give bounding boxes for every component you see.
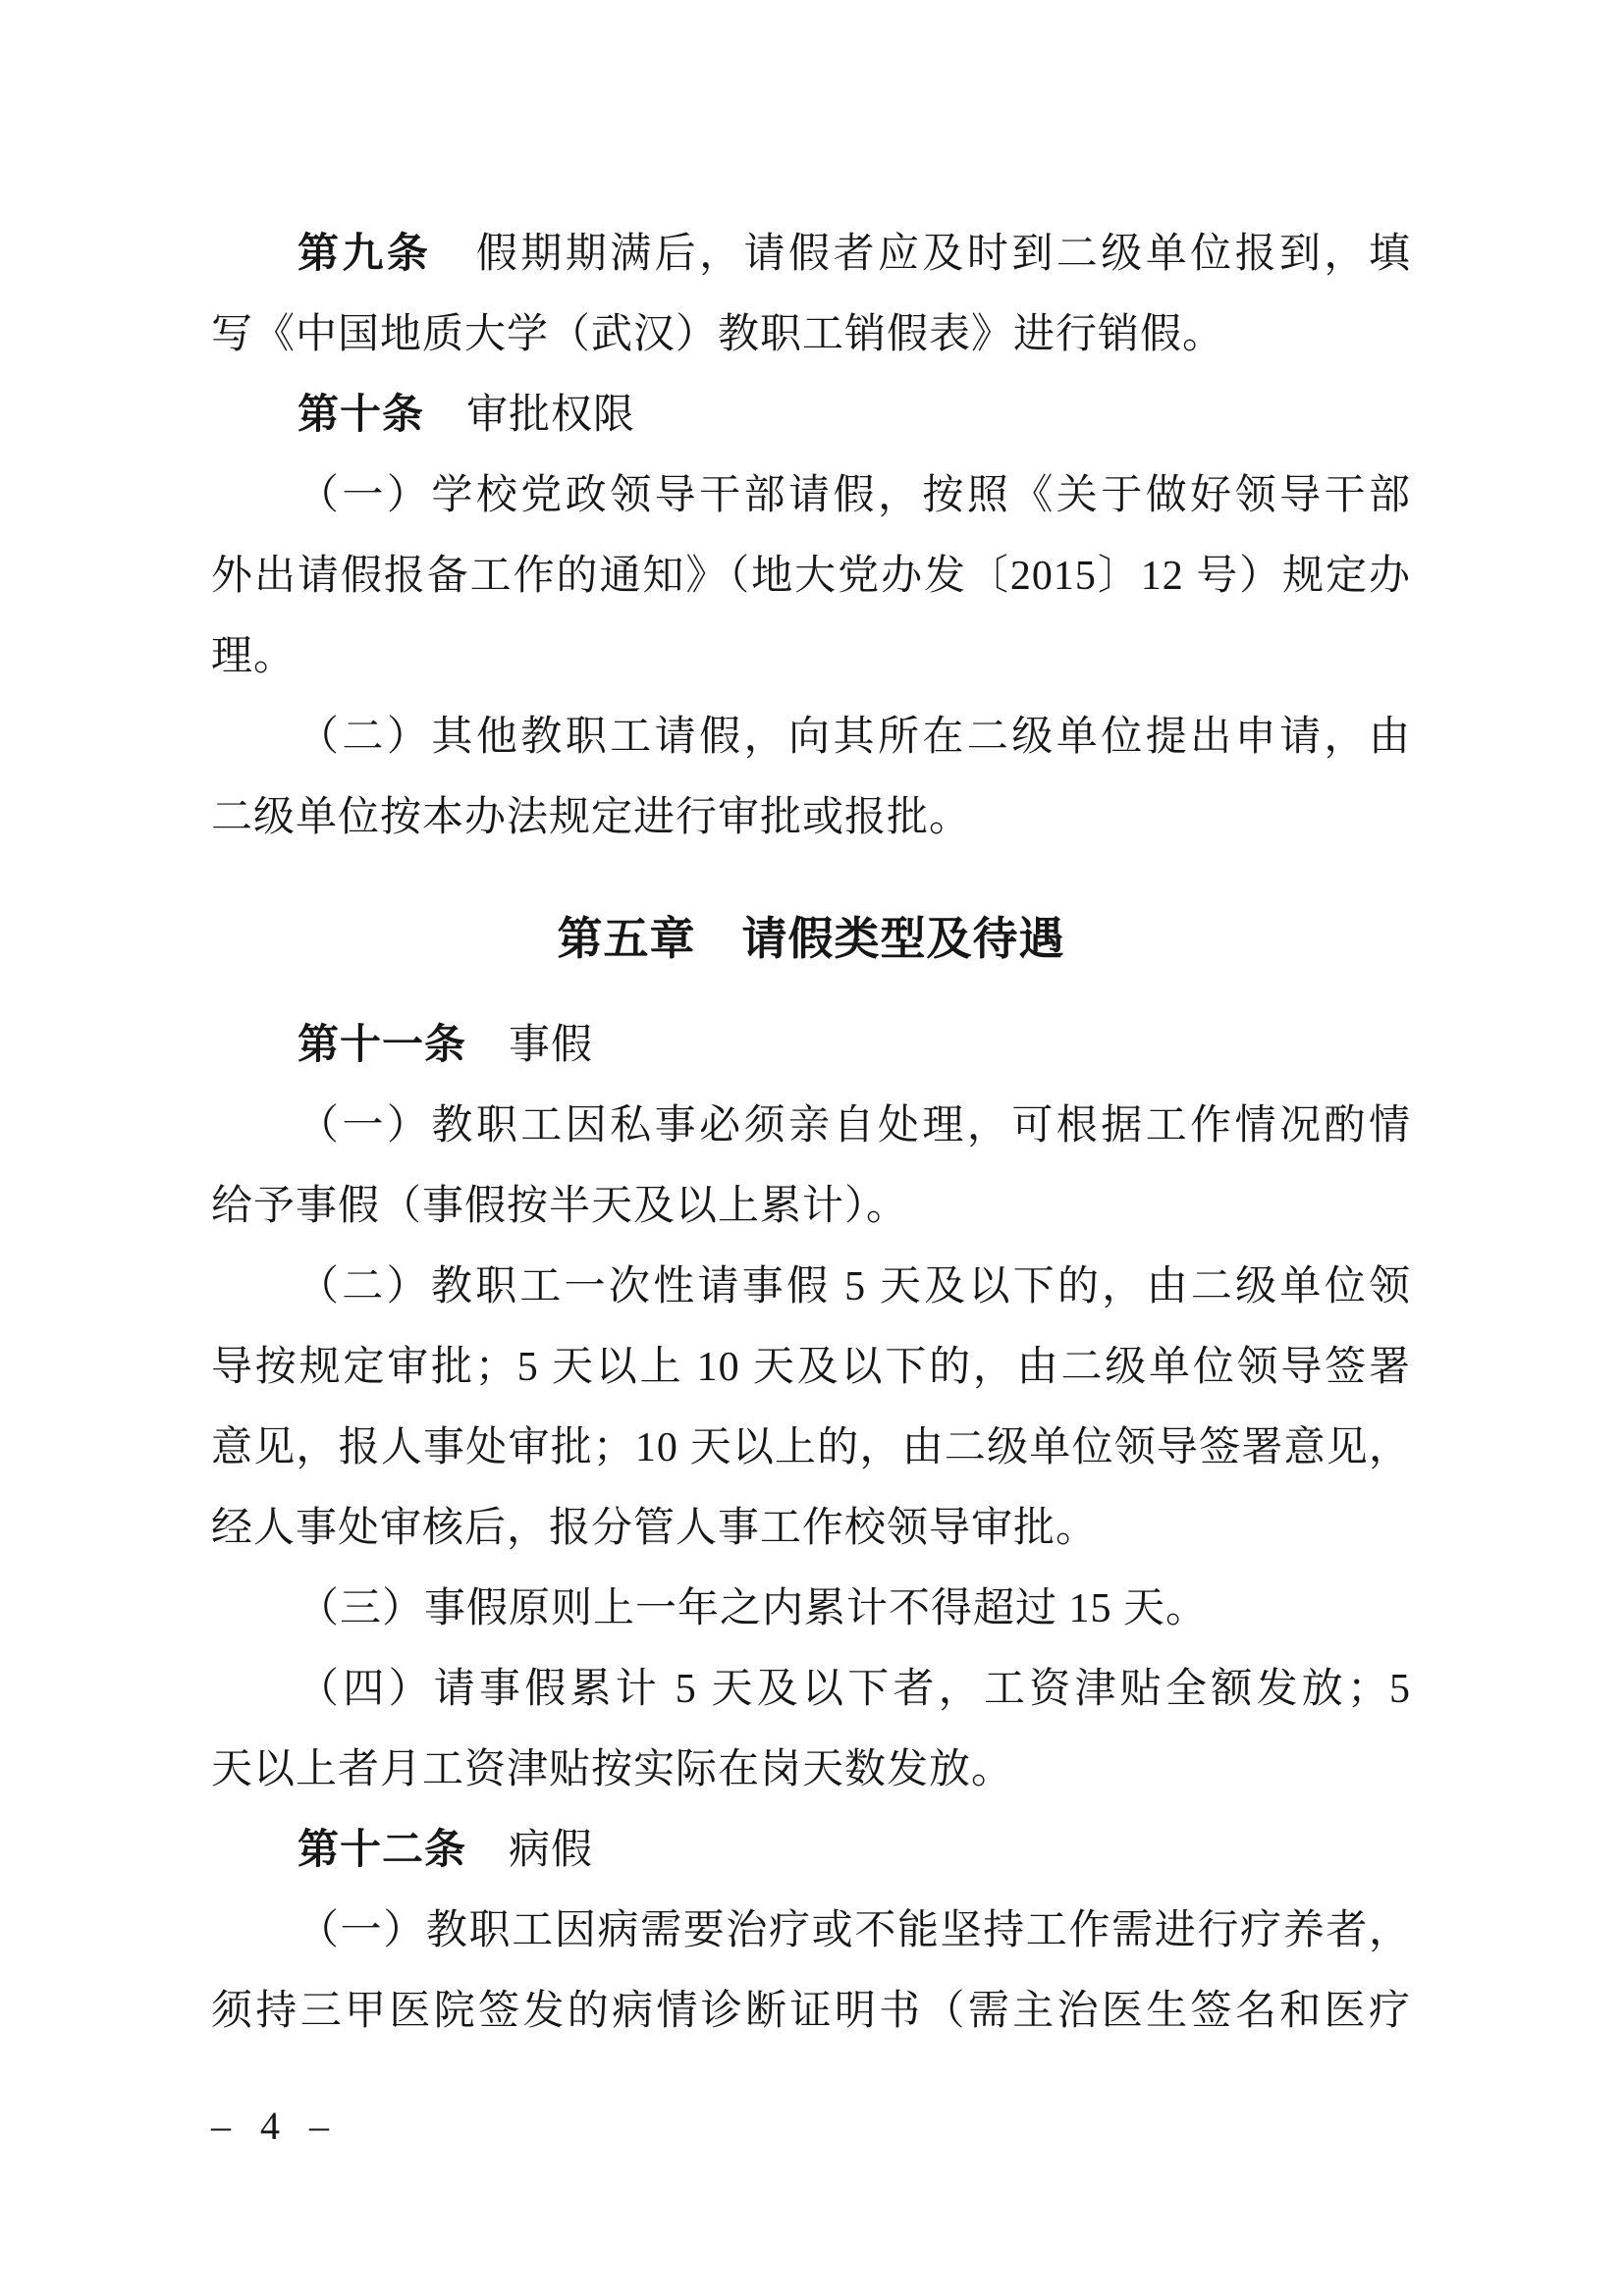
- article-number: 第十一条: [298, 1023, 466, 1068]
- line-text: 审批权限: [424, 393, 635, 438]
- doc-line: 理。: [211, 616, 1411, 697]
- line-text: （一）教职工因私事必须亲自处理，可根据工作情况酌情: [298, 1103, 1411, 1148]
- doc-line: （一）学校党政领导干部请假，按照《关于做好领导干部: [211, 455, 1411, 536]
- doc-line: 第十二条 病假: [211, 1810, 1411, 1891]
- line-text: 经人事处审核后，报分管人事工作校领导审批。: [211, 1506, 1098, 1551]
- line-text: （一）学校党政领导干部请假，按照《关于做好领导干部: [298, 473, 1411, 518]
- doc-line: （二）教职工一次性请事假 5 天及以下的，由二级单位领: [211, 1247, 1411, 1327]
- article-number: 第十条: [298, 393, 424, 438]
- line-text: 理。: [211, 634, 296, 679]
- line-text: 假期期满后，请假者应及时到二级单位报到，填: [431, 232, 1411, 277]
- doc-line: 第九条 假期期满后，请假者应及时到二级单位报到，填: [211, 214, 1411, 294]
- doc-line: 经人事处审核后，报分管人事工作校领导审批。: [211, 1488, 1411, 1569]
- line-text: （一）教职工因病需要治疗或不能坚持工作需进行疗养者，: [298, 1908, 1411, 1953]
- line-text: 外出请假报备工作的通知》（地大党办发〔2015〕12 号）规定办: [211, 554, 1411, 599]
- page-number: – 4 –: [211, 2104, 339, 2148]
- line-text: 导按规定审批；5 天以上 10 天及以下的，由二级单位领导签署: [211, 1345, 1411, 1390]
- doc-line: （一）教职工因病需要治疗或不能坚持工作需进行疗养者，: [211, 1891, 1411, 1971]
- line-text: 须持三甲医院签发的病情诊断证明书（需主治医生签名和医疗: [211, 1989, 1411, 2034]
- doc-line: 天以上者月工资津贴按实际在岗天数发放。: [211, 1730, 1411, 1810]
- doc-line: 须持三甲医院签发的病情诊断证明书（需主治医生签名和医疗: [211, 1971, 1411, 2052]
- doc-line: 给予事假（事假按半天及以上累计）。: [211, 1166, 1411, 1247]
- doc-line: 二级单位按本办法规定进行审批或报批。: [211, 777, 1411, 858]
- page-footer: – 4 –: [211, 2105, 1411, 2148]
- line-text: 意见，报人事处审批；10 天以上的，由二级单位领导签署意见，: [211, 1425, 1411, 1470]
- line-text: （二）其他教职工请假，向其所在二级单位提出申请，由: [298, 715, 1411, 760]
- doc-line: （三）事假原则上一年之内累计不得超过 15 天。: [211, 1569, 1411, 1649]
- doc-line: （一）教职工因私事必须亲自处理，可根据工作情况酌情: [211, 1086, 1411, 1166]
- doc-line: 意见，报人事处审批；10 天以上的，由二级单位领导签署意见，: [211, 1408, 1411, 1488]
- doc-line: 导按规定审批；5 天以上 10 天及以下的，由二级单位领导签署: [211, 1327, 1411, 1408]
- line-text: 写《中国地质大学（武汉）教职工销假表》进行销假。: [211, 312, 1224, 357]
- doc-line: 第十条 审批权限: [211, 375, 1411, 455]
- line-text: （二）教职工一次性请事假 5 天及以下的，由二级单位领: [298, 1264, 1411, 1309]
- doc-line: 第十一条 事假: [211, 1005, 1411, 1086]
- line-text: 二级单位按本办法规定进行审批或报批。: [211, 795, 971, 840]
- line-text: （三）事假原则上一年之内累计不得超过 15 天。: [298, 1586, 1208, 1631]
- chapter-heading-text: 第五章 请假类型及待遇: [558, 914, 1065, 964]
- doc-line: （四）请事假累计 5 天及以下者，工资津贴全额发放；5: [211, 1649, 1411, 1730]
- chapter-heading: 第五章 请假类型及待遇: [211, 899, 1411, 980]
- doc-line: （二）其他教职工请假，向其所在二级单位提出申请，由: [211, 697, 1411, 777]
- line-text: 天以上者月工资津贴按实际在岗天数发放。: [211, 1747, 1013, 1792]
- article-number: 第十二条: [298, 1828, 466, 1873]
- line-text: 事假: [466, 1023, 593, 1068]
- doc-line: 写《中国地质大学（武汉）教职工销假表》进行销假。: [211, 294, 1411, 375]
- article-number: 第九条: [298, 232, 431, 277]
- document-body: 第九条 假期期满后，请假者应及时到二级单位报到，填 写《中国地质大学（武汉）教职…: [211, 214, 1411, 2148]
- line-text: （四）请事假累计 5 天及以下者，工资津贴全额发放；5: [298, 1667, 1411, 1712]
- line-text: 病假: [466, 1828, 593, 1873]
- line-text: 给予事假（事假按半天及以上累计）。: [211, 1184, 908, 1229]
- doc-line: 外出请假报备工作的通知》（地大党办发〔2015〕12 号）规定办: [211, 536, 1411, 616]
- document-page: 第九条 假期期满后，请假者应及时到二级单位报到，填 写《中国地质大学（武汉）教职…: [0, 0, 1624, 2296]
